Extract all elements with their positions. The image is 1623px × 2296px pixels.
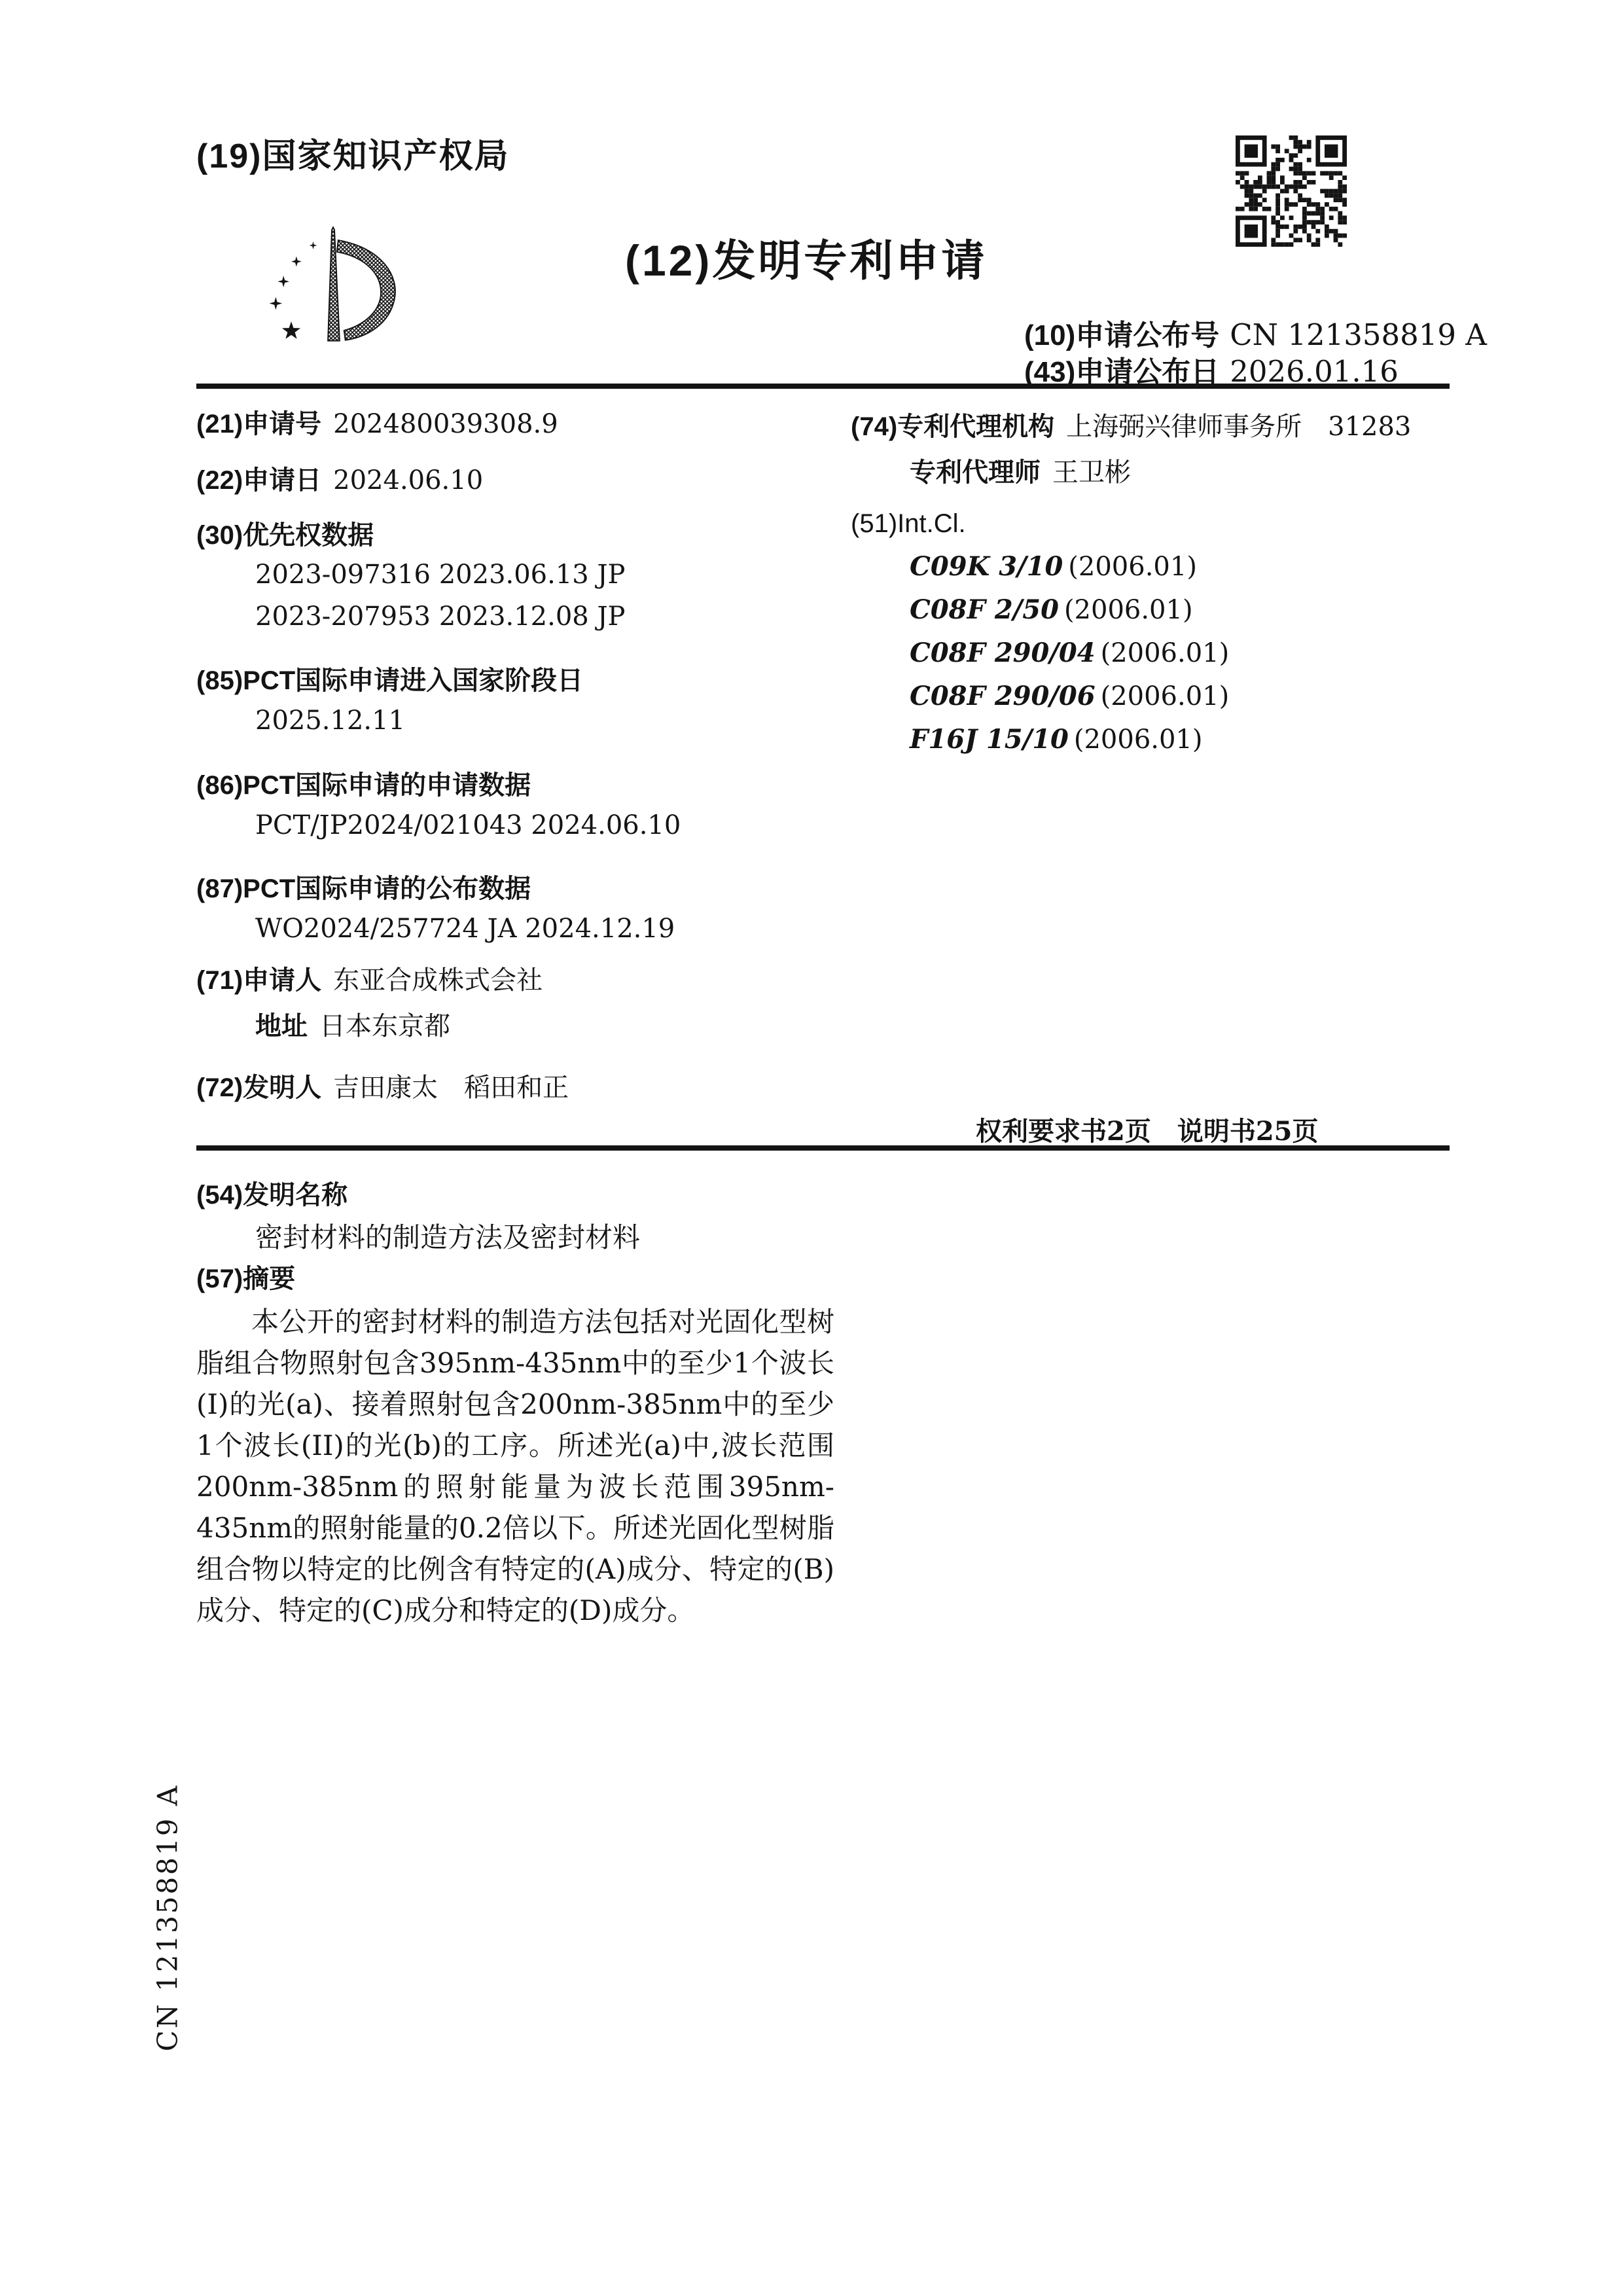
field-72-value: 吉田康太 稻田和正 [333, 1073, 569, 1103]
field-74-value: 上海弼兴律师事务所 31283 [1066, 412, 1411, 442]
field-30-label: (30)优先权数据 [196, 521, 374, 550]
ipc-code-2: C08F 2/50 [910, 594, 1059, 625]
field-22-value: 2024.06.10 [333, 465, 483, 495]
field-30-priority-data: (30)优先权数据 [196, 514, 374, 552]
ipc-code-1: C09K 3/10 [910, 551, 1063, 582]
field-87-value: WO2024/257724 JA 2024.12.19 [255, 914, 675, 944]
address-value: 日本东京都 [319, 1011, 450, 1041]
ipc-code-5: F16J 15/10 [910, 724, 1069, 755]
agent-value: 王卫彬 [1052, 457, 1131, 488]
field-85-label: (85)PCT国际申请进入国家阶段日 [196, 666, 583, 695]
applicant-address-row: 地址日本东京都 [255, 1005, 450, 1043]
priority-item-1: 2023-097316 2023.06.13 JP [255, 560, 625, 590]
field-72-inventors: (72)发明人吉田康太 稻田和正 [196, 1067, 569, 1104]
priority-item: 2023-097316 2023.06.13 JP [255, 560, 625, 590]
invention-title: 密封材料的制造方法及密封材料 [255, 1216, 640, 1255]
field-87-pct-publication-data: (87)PCT国际申请的公布数据 [196, 868, 531, 905]
header-divider-rule [196, 384, 1450, 389]
qr-code-icon [1236, 135, 1347, 247]
field-21-application-number: (21)申请号202480039308.9 [196, 403, 558, 440]
field-51-int-cl: (51)Int.Cl. [851, 509, 966, 539]
field-71-value: 东亚合成株式会社 [333, 965, 543, 996]
field-87-label: (87)PCT国际申请的公布数据 [196, 874, 531, 903]
ipc-version-2: (2006.01) [1064, 595, 1193, 625]
ipc-row: F16J 15/10(2006.01) [910, 724, 1202, 755]
body-divider-rule [196, 1145, 1450, 1151]
ipc-version-4: (2006.01) [1101, 681, 1230, 711]
ipc-code-3: C08F 290/04 [910, 637, 1096, 668]
field-87-value-row: WO2024/257724 JA 2024.12.19 [255, 914, 675, 944]
field-51-label: (51)Int.Cl. [851, 509, 966, 538]
document-type-title: (12)发明专利申请 [625, 226, 987, 288]
ipc-code-4: C08F 290/06 [910, 681, 1096, 711]
priority-item-2: 2023-207953 2023.12.08 JP [255, 601, 625, 632]
field-86-label: (86)PCT国际申请的申请数据 [196, 771, 531, 800]
patent-front-page: (19)国家知识产权局 (12)发明专利申请 (10)申请公布号CN 12135… [0, 0, 1623, 2296]
field-74-agency: (74)专利代理机构上海弼兴律师事务所 31283 [851, 406, 1411, 443]
agent-label: 专利代理师 [910, 458, 1041, 487]
field-74-label: (74)专利代理机构 [851, 412, 1054, 441]
address-label: 地址 [255, 1012, 308, 1041]
field-21-label: (21)申请号 [196, 410, 321, 439]
field-85-value: 2025.12.11 [255, 706, 405, 736]
priority-item: 2023-207953 2023.12.08 JP [255, 601, 625, 632]
field-54-title-label: (54)发明名称 [196, 1174, 348, 1211]
pages-count-note: 权利要求书2页 说明书25页 [976, 1111, 1319, 1148]
patent-office-name: (19)国家知识产权局 [196, 128, 509, 177]
abstract-text: 本公开的密封材料的制造方法包括对光固化型树脂组合物照射包含395nm-435nm… [196, 1301, 834, 1631]
publication-number-row: (10)申请公布号CN 121358819 A [1024, 312, 1487, 353]
patent-agent-row: 专利代理师王卫彬 [910, 452, 1131, 489]
field-22-filing-date: (22)申请日2024.06.10 [196, 459, 483, 497]
cnipa-logo-icon [250, 226, 418, 344]
sidebar-publication-number: CN 121358819 A [152, 1784, 184, 2051]
field-71-label: (71)申请人 [196, 966, 321, 995]
field-22-label: (22)申请日 [196, 466, 321, 495]
field-21-value: 202480039308.9 [333, 409, 558, 439]
ipc-row: C09K 3/10(2006.01) [910, 551, 1197, 582]
field-85-national-phase-entry: (85)PCT国际申请进入国家阶段日 [196, 660, 583, 697]
ipc-row: C08F 290/04(2006.01) [910, 637, 1229, 668]
pub-number-label: (10)申请公布号 [1024, 319, 1219, 351]
ipc-version-3: (2006.01) [1101, 638, 1230, 668]
field-72-label: (72)发明人 [196, 1073, 321, 1102]
field-86-pct-application-data: (86)PCT国际申请的申请数据 [196, 764, 531, 802]
ipc-row: C08F 2/50(2006.01) [910, 594, 1193, 625]
ipc-version-1: (2006.01) [1068, 552, 1197, 582]
field-85-value-row: 2025.12.11 [255, 706, 405, 736]
ipc-version-5: (2006.01) [1074, 725, 1203, 755]
field-57-abstract-label: (57)摘要 [196, 1258, 295, 1295]
field-71-applicant: (71)申请人东亚合成株式会社 [196, 960, 543, 997]
ipc-row: C08F 290/06(2006.01) [910, 681, 1229, 711]
field-86-value-row: PCT/JP2024/021043 2024.06.10 [255, 810, 681, 840]
field-86-value: PCT/JP2024/021043 2024.06.10 [255, 810, 681, 840]
pub-number-value: CN 121358819 A [1230, 317, 1487, 352]
